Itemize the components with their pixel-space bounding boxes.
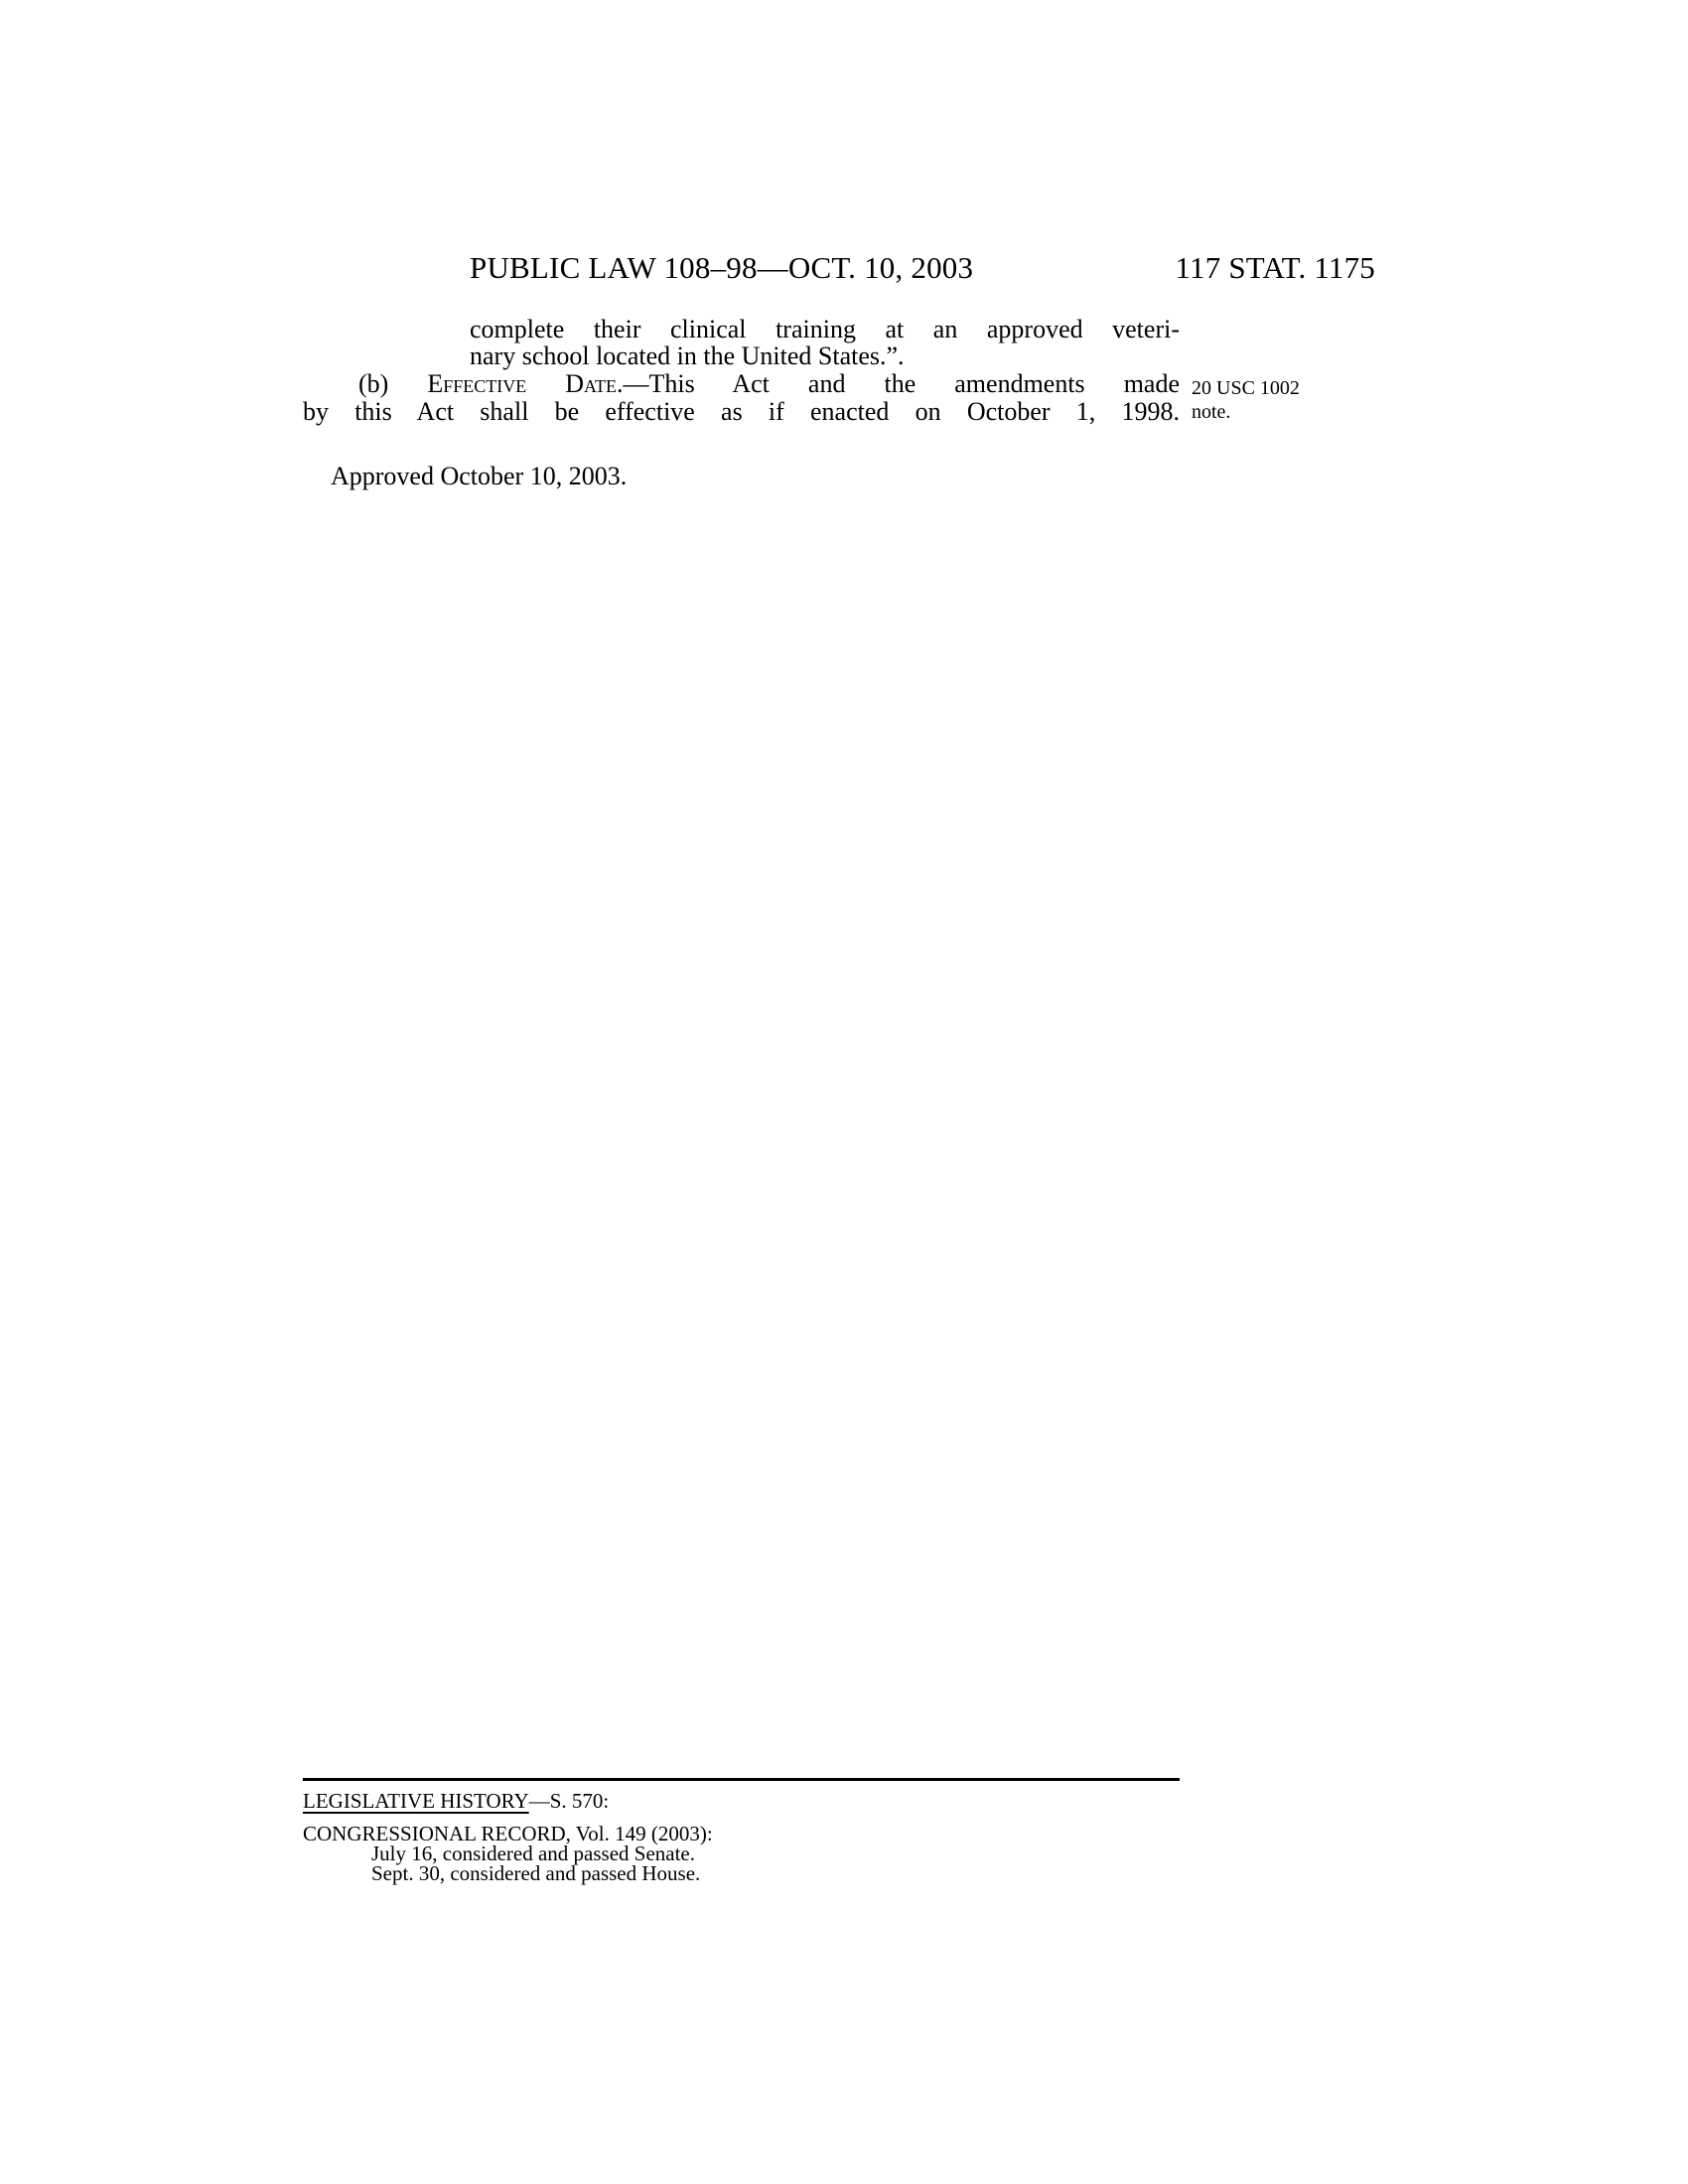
page-citation: 117 STAT. 1175 bbox=[1175, 250, 1375, 286]
paragraph-b-line-1: (b) Effective Date.—This Act and the ame… bbox=[358, 370, 1180, 398]
paragraph-b-line-2: by this Act shall be effective as if ena… bbox=[303, 398, 1180, 426]
margin-note-line-2: note. bbox=[1192, 400, 1230, 424]
running-head-title: PUBLIC LAW 108–98—OCT. 10, 2003 bbox=[470, 250, 973, 286]
bill-number: —S. 570: bbox=[529, 1789, 610, 1813]
paragraph-b-text: —This Act and the amendments made bbox=[624, 369, 1180, 398]
continuation-line-2: nary school located in the United States… bbox=[470, 342, 905, 370]
approval-date: Approved October 10, 2003. bbox=[331, 462, 627, 491]
legislative-history-title: LEGISLATIVE HISTORY—S. 570: bbox=[303, 1790, 609, 1812]
footnote-divider bbox=[303, 1778, 1180, 1781]
paragraph-label: (b) bbox=[358, 369, 388, 398]
legislative-history-label: LEGISLATIVE HISTORY bbox=[303, 1789, 529, 1813]
continuation-line-1: complete their clinical training at an a… bbox=[470, 316, 1180, 343]
history-entry-house: Sept. 30, considered and passed House. bbox=[371, 1862, 700, 1884]
margin-note-line-1: 20 USC 1002 bbox=[1192, 376, 1300, 400]
paragraph-heading: Effective Date. bbox=[427, 369, 623, 398]
